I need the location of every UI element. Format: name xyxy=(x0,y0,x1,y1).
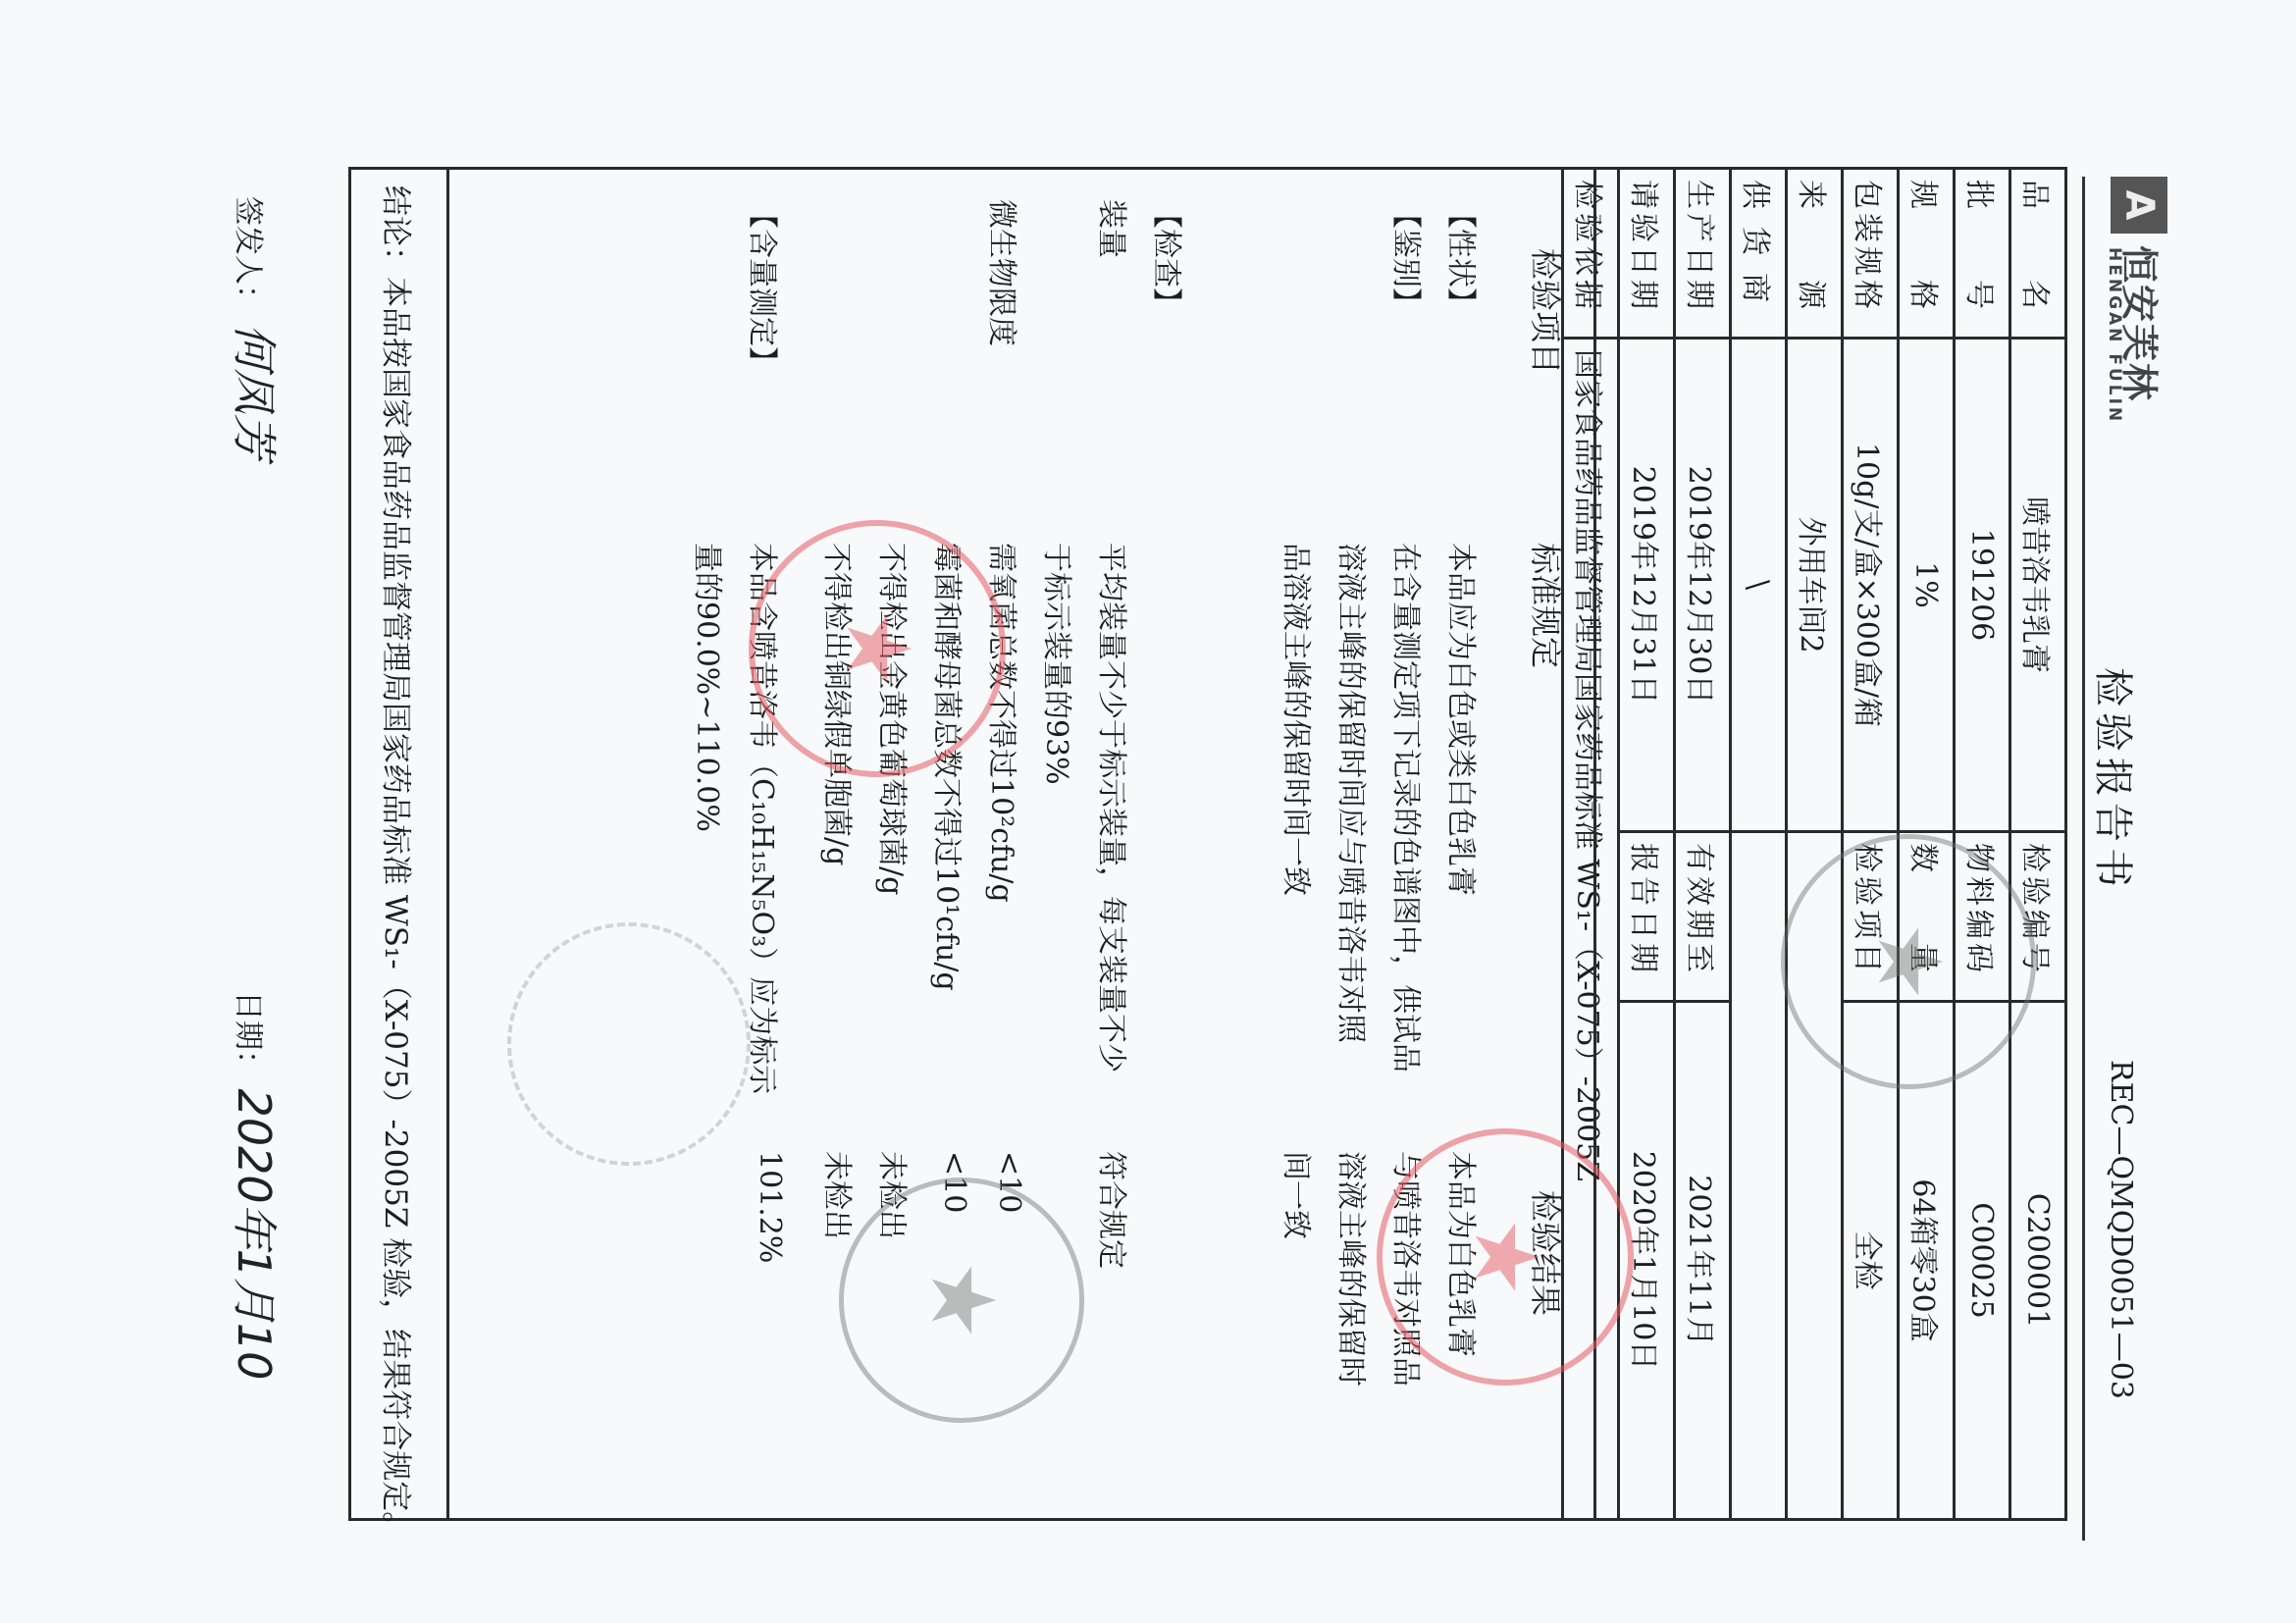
label-packaging: 包装规格 xyxy=(1843,169,1899,339)
info-row: 批 号 191206 物料编码 C00025 xyxy=(1955,169,2010,1520)
label-test-items: 检验项目 xyxy=(1843,832,1899,1002)
test-item-standard: 本品含喷昔洛韦（C₁₀H₁₅N₅O₃）应为标示 xyxy=(744,543,787,1094)
value-source: 外用车间2 xyxy=(1787,339,1843,832)
test-item-result: 本品为白色乳膏 xyxy=(1442,1151,1486,1357)
label-quantity: 数 量 xyxy=(1899,832,1955,1002)
label-report-date: 报告日期 xyxy=(1619,832,1675,1002)
column-header-standard: 标准规定 xyxy=(1525,543,1570,668)
info-row: 规 格 1% 数 量 64箱零30盒 xyxy=(1899,169,1955,1520)
info-row: 品 名 喷昔洛韦乳膏 检验编号 C200001 xyxy=(2010,169,2066,1520)
label-spec: 规 格 xyxy=(1899,169,1955,339)
value-quantity: 64箱零30盒 xyxy=(1899,1002,1955,1520)
test-item-standard: 量的90.0%~110.0% xyxy=(689,543,732,832)
test-item-name: 微生物限度 xyxy=(983,199,1026,346)
test-item-standard: 品溶液主峰的保留时间一致 xyxy=(1278,543,1321,896)
info-row: 来 源 外用车间2 xyxy=(1787,169,1843,1520)
column-header-item: 检验项目 xyxy=(1525,248,1570,374)
test-item-result: <10 xyxy=(992,1151,1026,1213)
label-production-date: 生产日期 xyxy=(1675,169,1731,339)
test-item-name: 【性状】 xyxy=(1442,199,1486,317)
label-request-date: 请验日期 xyxy=(1619,169,1675,339)
sign-date: 日期： 2020年1月10 xyxy=(225,991,289,1380)
label-batch: 批 号 xyxy=(1955,169,2010,339)
label-expiry: 有效期至 xyxy=(1675,832,1731,1002)
test-item-result: 间一致 xyxy=(1278,1151,1321,1239)
test-item-result: 未检出 xyxy=(873,1151,916,1239)
test-item-name: 【鉴别】 xyxy=(1387,199,1431,317)
value-inspection-no: C200001 xyxy=(2010,1002,2066,1520)
company-name-en: HENGAN FULIN xyxy=(2105,247,2124,424)
empty-cell xyxy=(1787,832,1843,1520)
value-spec: 1% xyxy=(1899,339,1955,832)
test-item-name: 装量 xyxy=(1093,199,1136,258)
value-report-date: 2020年1月10日 xyxy=(1619,1002,1675,1520)
issuer-handwritten-name: 何凤芳 xyxy=(228,324,281,459)
value-expiry: 2021年11月 xyxy=(1675,1002,1731,1520)
company-logo-icon: A xyxy=(2111,177,2167,234)
test-item-name: 【含量测定】 xyxy=(744,199,787,376)
test-item-standard: 不得检出铜绿假单胞菌/g xyxy=(818,543,861,865)
issuer-label: 签发人： xyxy=(231,196,265,314)
value-supplier: \ xyxy=(1731,339,1787,832)
test-item-result: 符合规定 xyxy=(1093,1151,1136,1269)
test-item-standard: 本品应为白色或类白色乳膏 xyxy=(1442,543,1486,896)
test-items-section: 检验项目 标准规定 检验结果 【性状】本品应为白色或类白色乳膏本品为白色乳膏【鉴… xyxy=(446,167,1596,1521)
document-code: REC—QMQD0051—03 xyxy=(2104,1060,2138,1399)
info-row: 请验日期 2019年12月31日 报告日期 2020年1月10日 xyxy=(1619,169,1675,1520)
conclusion: 结论：本品按国家食品药品监督管理局国家药品标准 WS₁-（X-075）-2005… xyxy=(348,167,446,1521)
test-item-result: <10 xyxy=(937,1151,971,1213)
issuer-signature: 签发人： 何凤芳 xyxy=(225,196,289,459)
column-header-result: 检验结果 xyxy=(1525,1190,1570,1316)
info-row: 供 货 商 \ xyxy=(1731,169,1787,1520)
test-item-standard: 溶液主峰的保留时间应与喷昔洛韦对照 xyxy=(1332,543,1376,1043)
handwritten-date: 2020年1月10 xyxy=(228,1089,281,1381)
product-info-table: 品 名 喷昔洛韦乳膏 检验编号 C200001 批 号 191206 物料编码 … xyxy=(1561,167,2067,1521)
label-inspection-no: 检验编号 xyxy=(2010,832,2066,1002)
empty-cell xyxy=(1731,832,1787,1520)
report-title: 检验报告书 xyxy=(2088,667,2144,893)
test-item-result: 101.2% xyxy=(753,1151,787,1263)
test-item-result: 溶液主峰的保留时 xyxy=(1332,1151,1376,1387)
test-item-result: 未检出 xyxy=(818,1151,861,1239)
test-item-standard: 于标示装量的93% xyxy=(1038,543,1081,785)
test-item-standard: 霉菌和酵母菌总数不得过10¹cfu/g xyxy=(928,543,971,991)
report-header: A 恒安芙林 HENGAN FULIN 检验报告书 REC—QMQD0051—0… xyxy=(2082,177,2173,1541)
value-product-name: 喷昔洛韦乳膏 xyxy=(2010,339,2066,832)
label-product-name: 品 名 xyxy=(2010,169,2066,339)
value-batch: 191206 xyxy=(1955,339,2010,832)
label-material-code: 物料编码 xyxy=(1955,832,2010,1002)
value-production-date: 2019年12月30日 xyxy=(1675,339,1731,832)
test-item-standard: 在含量测定项下记录的色谱图中，供试品 xyxy=(1387,543,1431,1073)
test-item-standard: 平均装量不少于标示装量，每支装量不少 xyxy=(1093,543,1136,1073)
test-item-standard: 不得检出金黄色葡萄球菌/g xyxy=(873,543,916,895)
inspection-report-page: A 恒安芙林 HENGAN FULIN 检验报告书 REC—QMQD0051—0… xyxy=(103,147,2183,1541)
test-item-result: 与喷昔洛韦对照品 xyxy=(1387,1151,1431,1387)
value-request-date: 2019年12月31日 xyxy=(1619,339,1675,832)
info-row: 生产日期 2019年12月30日 有效期至 2021年11月 xyxy=(1675,169,1731,1520)
info-row: 包装规格 10g/支/盒×300盒/箱 检验项目 全检 xyxy=(1843,169,1899,1520)
value-test-items: 全检 xyxy=(1843,1002,1899,1520)
test-item-name: 【检查】 xyxy=(1148,199,1191,317)
label-supplier: 供 货 商 xyxy=(1731,169,1787,339)
value-packaging: 10g/支/盒×300盒/箱 xyxy=(1843,339,1899,832)
value-material-code: C00025 xyxy=(1955,1002,2010,1520)
label-source: 来 源 xyxy=(1787,169,1843,339)
date-label: 日期： xyxy=(231,991,265,1079)
test-item-standard: 需氧菌总数不得过10²cfu/g xyxy=(983,543,1026,903)
